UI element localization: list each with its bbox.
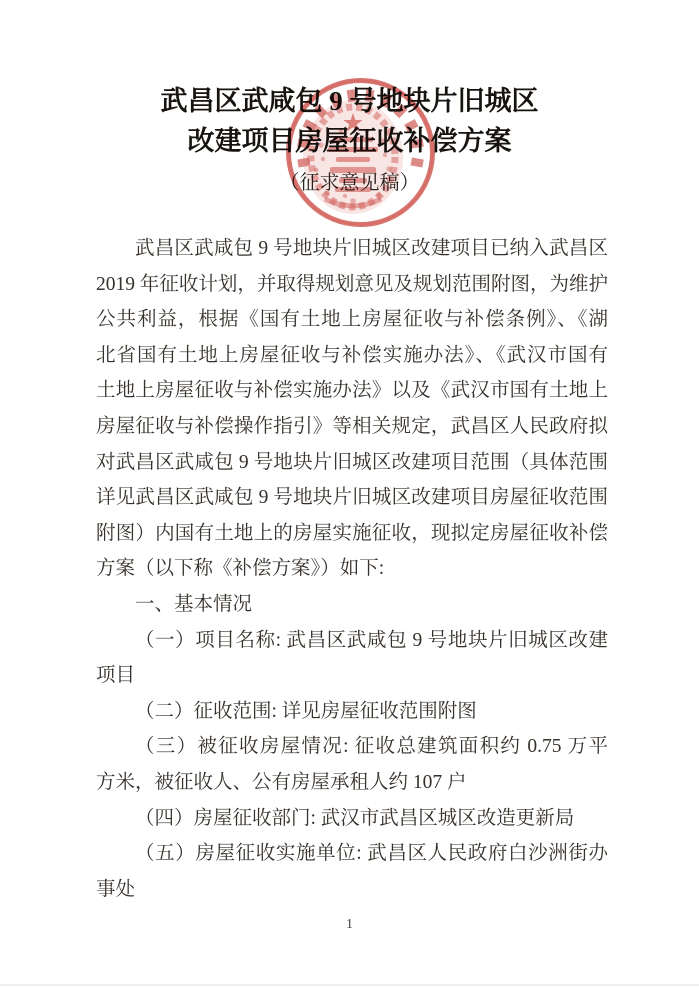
body-line: 土地上房屋征收与补偿实施办法》以及《武汉市国有土地上 [96,373,608,409]
document-title-line1: 武昌区武咸包 9 号地块片旧城区 [0,81,699,121]
document-title: 武昌区武咸包 9 号地块片旧城区 改建项目房屋征收补偿方案 [0,81,699,161]
body-line: 北省国有土地上房屋征收与补偿实施办法》、《武汉市国有 [96,338,608,374]
body-line: （三）被征收房屋情况: 征收总建筑面积约 0.75 万平 [96,729,608,765]
body-line: 事处 [96,872,608,908]
body-line: 2019 年征收计划，并取得规划意见及规划范围附图，为维护 [96,267,608,303]
body-line: 武昌区武咸包 9 号地块片旧城区改建项目已纳入武昌区 [96,231,608,267]
body-line: （五）房屋征收实施单位: 武昌区人民政府白沙洲街办 [96,836,608,872]
scan-edge-line [0,984,699,986]
body-line: 方案（以下称《补偿方案》）如下: [96,551,608,587]
document-body: 武昌区武咸包 9 号地块片旧城区改建项目已纳入武昌区 2019 年征收计划，并取… [96,231,608,907]
document-title-line2: 改建项目房屋征收补偿方案 [0,121,699,161]
body-line: （二）征收范围: 详见房屋征收范围附图 [96,694,608,730]
body-line: 附图）内国有土地上的房屋实施征收，现拟定房屋征收补偿 [96,516,608,552]
body-line: 方米，被征收人、公有房屋承租人约 107 户 [96,765,608,801]
body-line: 项目 [96,658,608,694]
page-number: 1 [0,917,699,933]
body-line: 房屋征收与补偿操作指引》等相关规定，武昌区人民政府拟 [96,409,608,445]
body-line: （四）房屋征收部门: 武汉市武昌区城区改造更新局 [96,801,608,837]
document-page: 武昌区武咸包 9 号地块片旧城区 改建项目房屋征收补偿方案 （征求意见稿） [0,0,699,989]
body-line: 公共利益，根据《国有土地上房屋征收与补偿条例》、《湖 [96,302,608,338]
body-line: （一）项目名称: 武昌区武咸包 9 号地块片旧城区改建 [96,623,608,659]
document-subtitle: （征求意见稿） [0,166,699,195]
body-line: 对武昌区武咸包 9 号地块片旧城区改建项目范围（具体范围 [96,445,608,481]
body-line: 详见武昌区武咸包 9 号地块片旧城区改建项目房屋征收范围 [96,480,608,516]
section-heading: 一、基本情况 [96,587,608,623]
